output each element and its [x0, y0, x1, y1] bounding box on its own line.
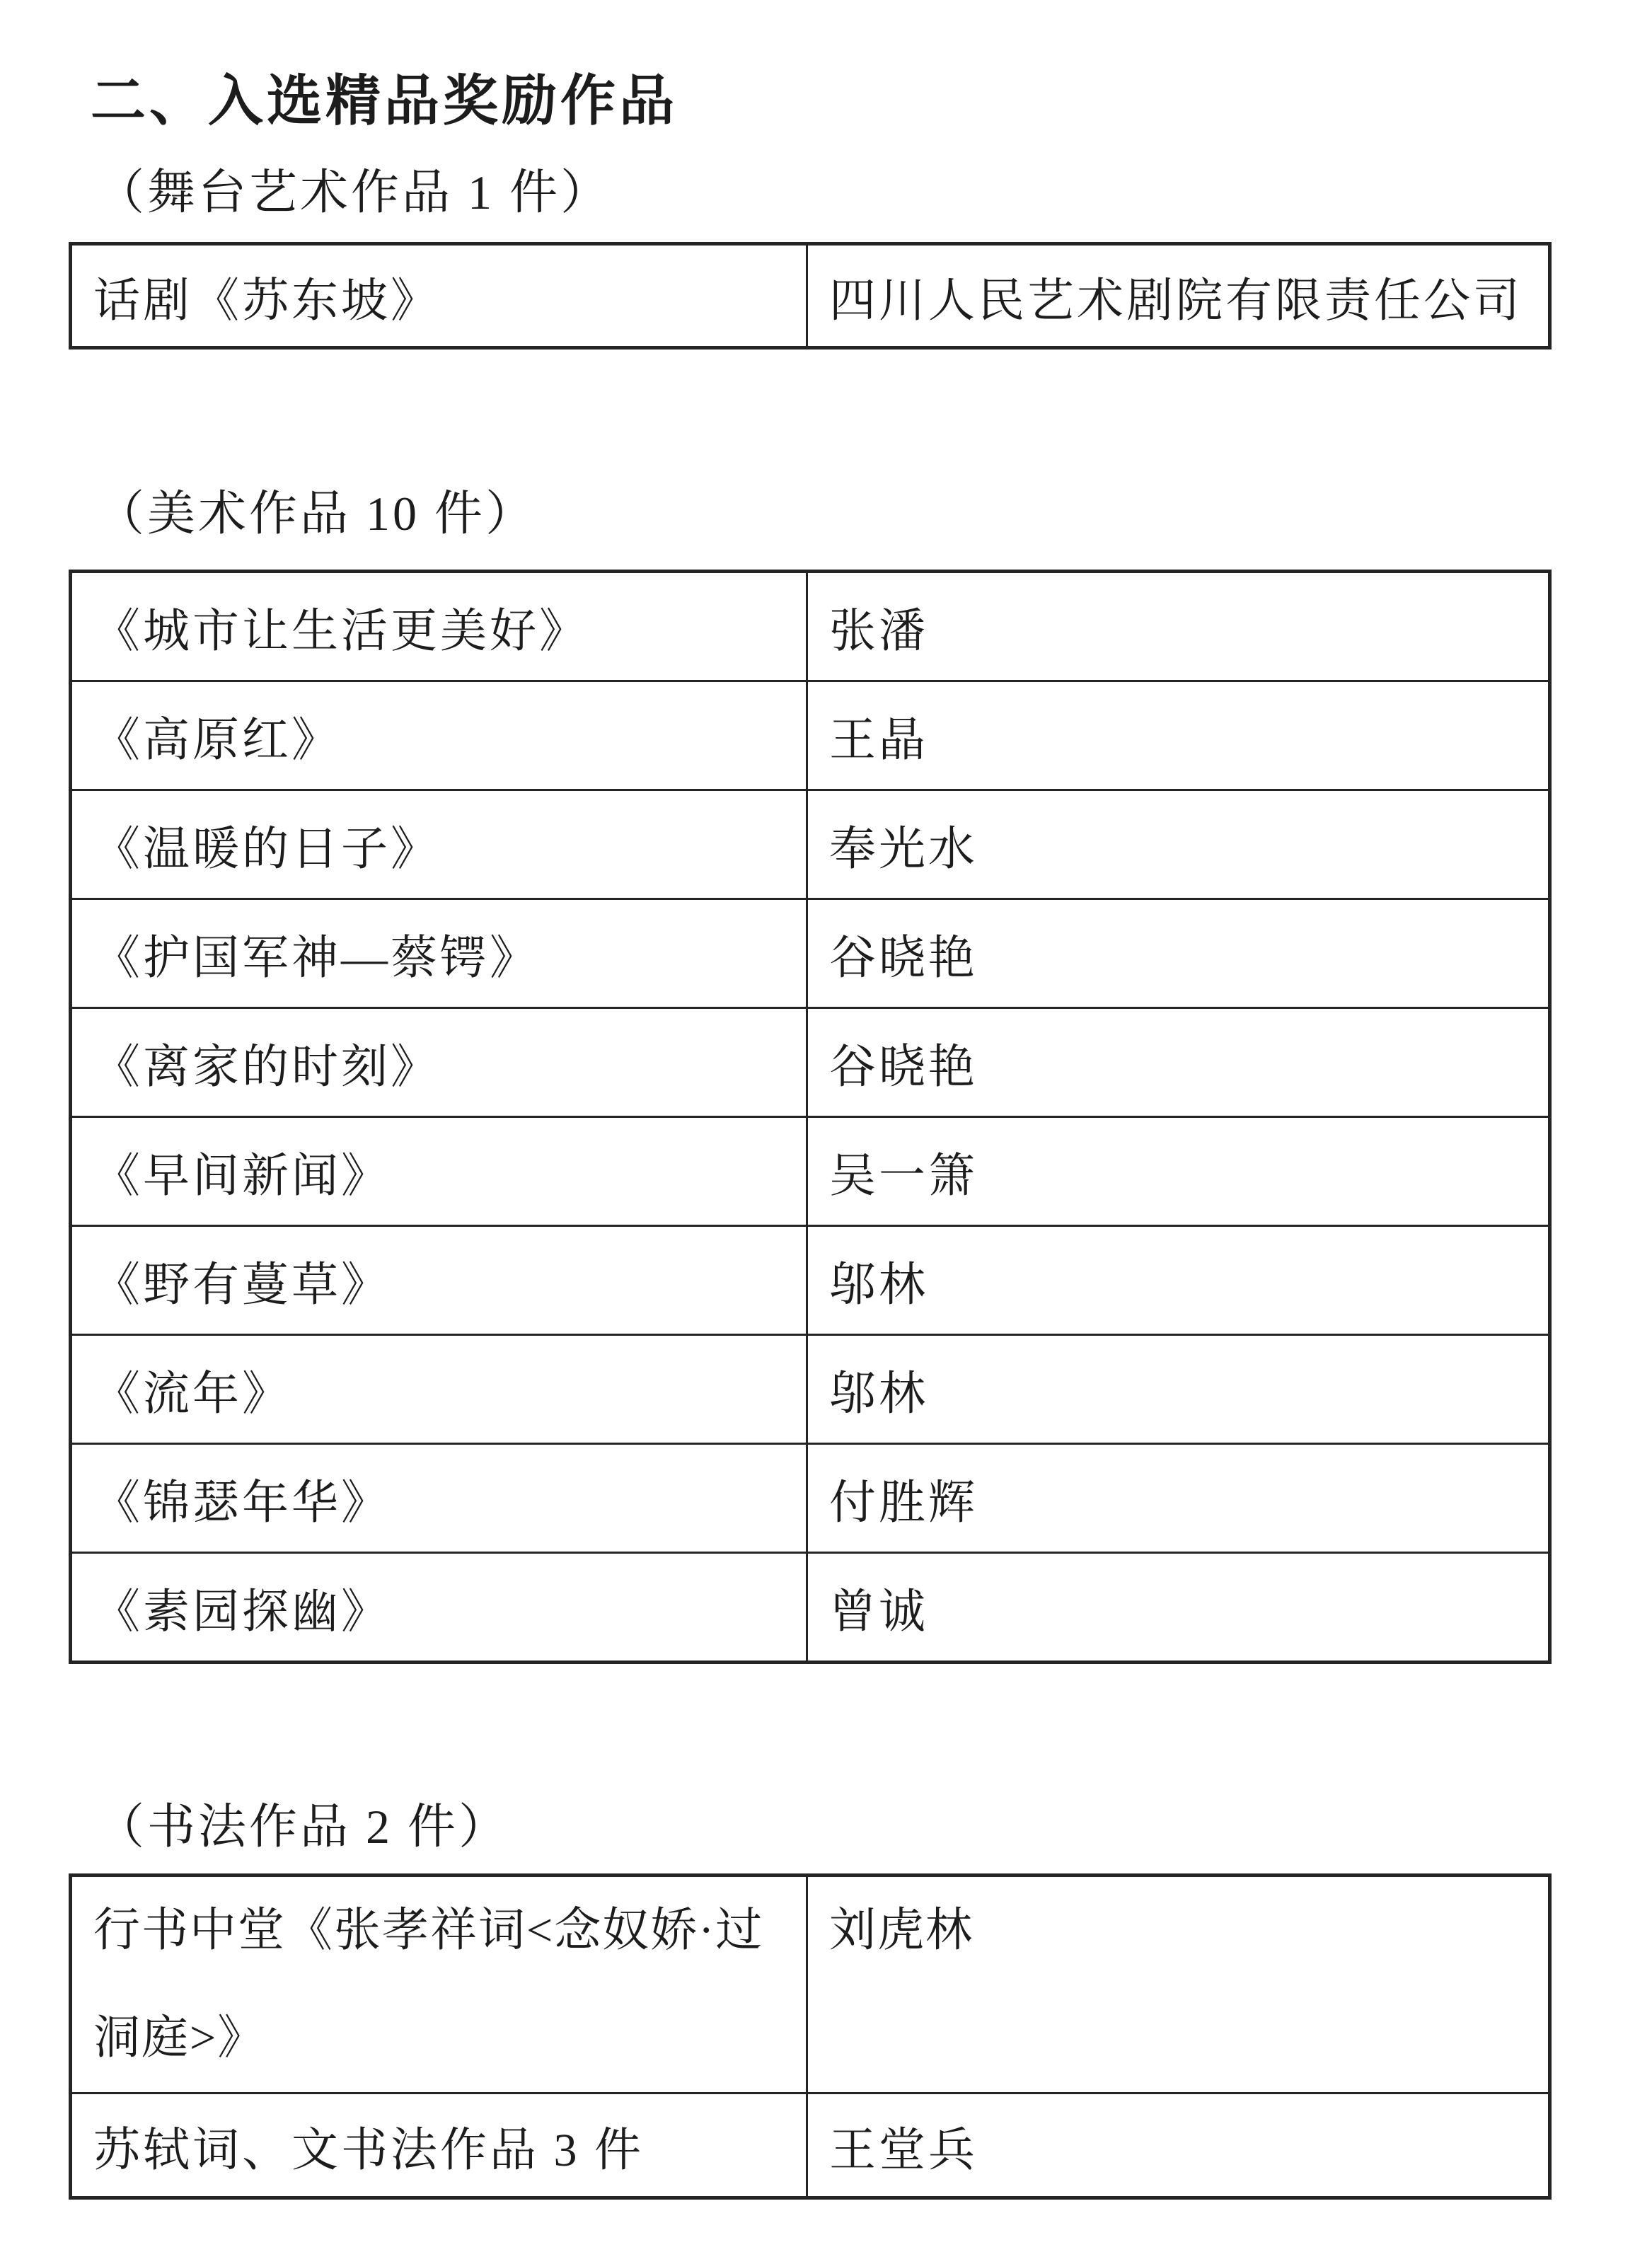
- table-row: 《温暖的日子》 奉光水: [71, 790, 1550, 899]
- work-title-cell: 《高原红》: [71, 681, 807, 790]
- stage-works-subtitle: （舞台艺术作品 1 件）: [96, 154, 611, 223]
- calligraphy-works-subtitle: （书法作品 2 件）: [96, 1789, 509, 1857]
- stage-works-table: 话剧《苏东坡》 四川人民艺术剧院有限责任公司: [69, 242, 1552, 350]
- work-title-cell: 《城市让生活更美好》: [71, 572, 807, 681]
- author-cell: 谷晓艳: [807, 1008, 1550, 1117]
- work-title-cell: 《早间新闻》: [71, 1117, 807, 1226]
- author-cell: 刘虎林: [807, 1876, 1550, 2093]
- table-row: 苏轼词、文书法作品 3 件 王堂兵: [71, 2093, 1550, 2198]
- work-title-cell: 《素园探幽》: [71, 1553, 807, 1663]
- table-row: 《素园探幽》 曾诚: [71, 1553, 1550, 1663]
- author-cell: 王晶: [807, 681, 1550, 790]
- work-title-cell: 话剧《苏东坡》: [71, 244, 807, 348]
- document-page: { "page": { "background": "#ffffff", "te…: [0, 0, 1652, 2264]
- table-row: 《离家的时刻》 谷晓艳: [71, 1008, 1550, 1117]
- table-row: 《野有蔓草》 邬林: [71, 1226, 1550, 1335]
- author-cell: 付胜辉: [807, 1444, 1550, 1553]
- author-cell: 王堂兵: [807, 2093, 1550, 2198]
- section-heading: 二、入选精品奖励作品: [91, 57, 678, 136]
- author-cell: 邬林: [807, 1335, 1550, 1444]
- author-cell: 四川人民艺术剧院有限责任公司: [807, 244, 1550, 348]
- work-title-cell: 《锦瑟年华》: [71, 1444, 807, 1553]
- work-title-cell: 行书中堂《张孝祥词<念奴娇·过 洞庭>》: [71, 1876, 807, 2093]
- work-title-cell: 《护国军神—蔡锷》: [71, 899, 807, 1008]
- table-row: 《锦瑟年华》 付胜辉: [71, 1444, 1550, 1553]
- table-row: 行书中堂《张孝祥词<念奴娇·过 洞庭>》 刘虎林: [71, 1876, 1550, 2093]
- table-row: 《护国军神—蔡锷》 谷晓艳: [71, 899, 1550, 1008]
- author-cell: 谷晓艳: [807, 899, 1550, 1008]
- work-title-cell: 《流年》: [71, 1335, 807, 1444]
- table-row: 《城市让生活更美好》 张潘: [71, 572, 1550, 681]
- author-cell: 邬林: [807, 1226, 1550, 1335]
- table-row: 《早间新闻》 吴一箫: [71, 1117, 1550, 1226]
- work-title-cell: 《野有蔓草》: [71, 1226, 807, 1335]
- author-cell: 曾诚: [807, 1553, 1550, 1663]
- fine-art-works-subtitle: （美术作品 10 件）: [96, 475, 536, 544]
- calligraphy-works-table: 行书中堂《张孝祥词<念奴娇·过 洞庭>》 刘虎林 苏轼词、文书法作品 3 件 王…: [69, 1873, 1552, 2200]
- work-title-cell: 苏轼词、文书法作品 3 件: [71, 2093, 807, 2198]
- fine-art-works-table: 《城市让生活更美好》 张潘 《高原红》 王晶 《温暖的日子》 奉光水 《护国军神…: [69, 570, 1552, 1664]
- table-row: 《高原红》 王晶: [71, 681, 1550, 790]
- author-cell: 张潘: [807, 572, 1550, 681]
- table-row: 《流年》 邬林: [71, 1335, 1550, 1444]
- author-cell: 奉光水: [807, 790, 1550, 899]
- work-title-cell: 《离家的时刻》: [71, 1008, 807, 1117]
- author-cell: 吴一箫: [807, 1117, 1550, 1226]
- work-title-cell: 《温暖的日子》: [71, 790, 807, 899]
- table-row: 话剧《苏东坡》 四川人民艺术剧院有限责任公司: [71, 244, 1550, 348]
